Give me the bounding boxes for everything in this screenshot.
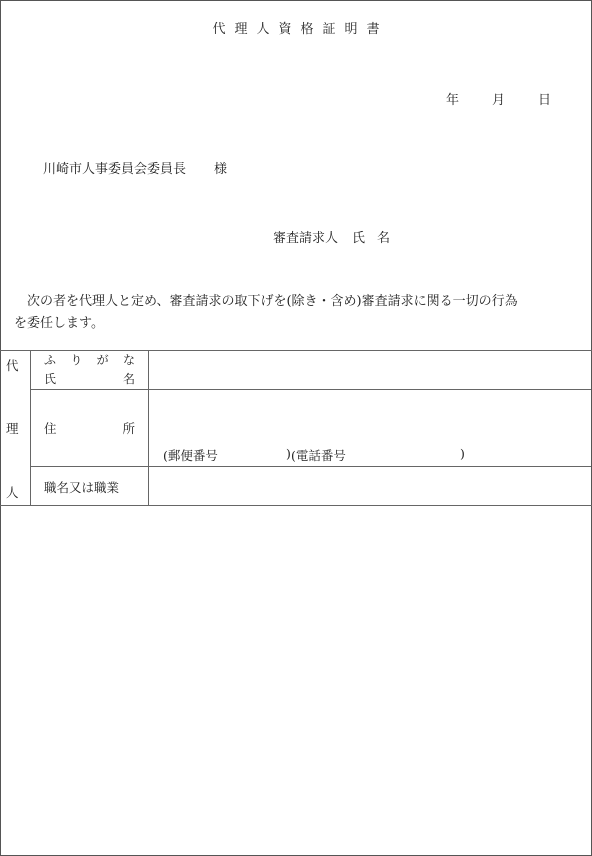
date-line: 年月日 xyxy=(446,89,551,108)
date-year-label: 年 xyxy=(446,89,492,108)
phone-number-close: ) xyxy=(460,446,465,461)
claimant-name-label-1: 氏 xyxy=(352,231,365,246)
name-label: 氏 名 xyxy=(44,370,135,387)
addressee: 川崎市人事委員会委員長様 xyxy=(43,158,227,177)
claimant-name-label-2: 名 xyxy=(377,231,390,246)
table-bottom-rule xyxy=(0,505,592,506)
agent-name-field[interactable] xyxy=(150,351,590,388)
document-title: 代理人資格証明書 xyxy=(0,18,592,37)
phone-number-label: (電話番号 xyxy=(291,446,346,464)
agent-occupation-field[interactable] xyxy=(150,468,590,504)
postal-code-field[interactable] xyxy=(232,446,286,462)
addressee-name: 川崎市人事委員会委員長 xyxy=(43,162,186,177)
date-day-label: 日 xyxy=(538,89,551,108)
occupation-label: 職名又は職業 xyxy=(44,478,119,496)
addressee-honorific: 様 xyxy=(214,162,227,177)
table-col1-rule xyxy=(30,350,31,506)
table-col2-rule xyxy=(148,350,149,506)
address-label: 住 所 xyxy=(44,419,135,437)
statement-line-2: を委任します。 xyxy=(14,313,584,335)
agent-side-label-3: 人 xyxy=(6,483,19,501)
postal-code-label: (郵便番号 xyxy=(163,446,218,464)
agent-side-label-2: 理 xyxy=(6,419,19,437)
phone-number-field[interactable] xyxy=(360,446,460,462)
delegation-statement: 次の者を代理人と定め、審査請求の取下げを(除き・含め)審査請求に関る一切の行為 … xyxy=(14,291,584,335)
date-month-label: 月 xyxy=(492,89,538,108)
agent-address-field[interactable] xyxy=(150,391,590,431)
table-row1-rule xyxy=(30,389,591,390)
statement-line-1: 次の者を代理人と定め、審査請求の取下げを(除き・含め)審査請求に関る一切の行為 xyxy=(27,294,518,309)
table-row2-rule xyxy=(30,466,591,467)
claimant-line: 審査請求人氏名 xyxy=(273,227,390,246)
claimant-role-label: 審査請求人 xyxy=(273,231,338,246)
agent-side-label-1: 代 xyxy=(6,356,19,374)
furigana-label: ふ り が な xyxy=(44,351,135,368)
